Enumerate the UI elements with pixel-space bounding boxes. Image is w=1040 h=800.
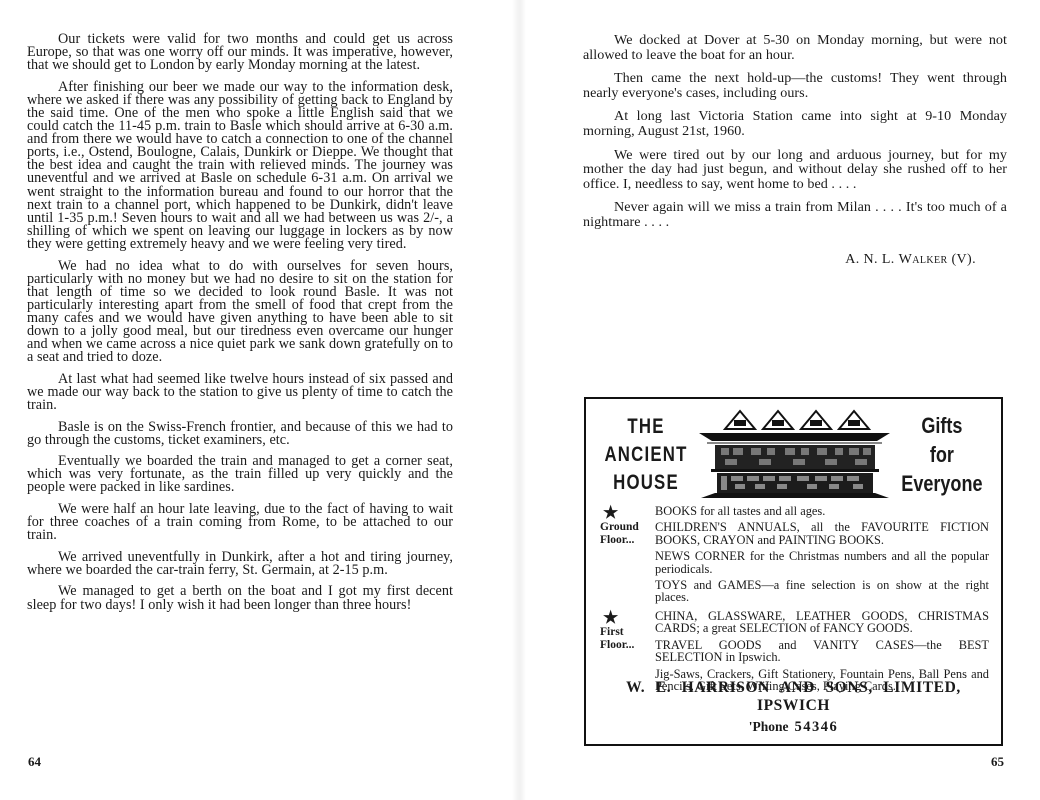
ancient-house-building-icon (697, 403, 892, 499)
floor-label-line: Floor... (600, 639, 650, 652)
ancient-house-advertisement: THE ANCIENT HOUSE (584, 397, 1003, 746)
author-surname: Walker (899, 252, 948, 267)
paragraph: Then came the next hold-up—the customs! … (583, 71, 1007, 100)
phone-label: 'Phone (749, 719, 789, 734)
left-page: Our tickets were valid for two months an… (27, 33, 453, 620)
paragraph: We had no idea what to do with ourselves… (27, 260, 453, 365)
ad-item: CHILDREN'S ANNUALS, all the FAVOURITE FI… (655, 521, 989, 546)
paragraph: Eventually we boarded the train and mana… (27, 455, 453, 494)
floor-label-line: First (600, 626, 650, 639)
star-icon: ★ (603, 505, 650, 521)
paragraph: We docked at Dover at 5-30 on Monday mor… (583, 33, 1007, 62)
phone-number: 54346 (795, 719, 839, 735)
paragraph: After finishing our beer we made our way… (27, 81, 453, 251)
paragraph: At long last Victoria Station came into … (583, 109, 1007, 138)
floor-label: ★ Ground Floor... (600, 505, 650, 546)
ad-item: BOOKS for all tastes and all ages. (655, 505, 989, 517)
ad-slogan-line: Everyone (897, 469, 987, 498)
ad-item: TOYS and GAMES—a fine selection is on sh… (655, 579, 989, 604)
star-icon: ★ (603, 610, 650, 626)
paragraph: Never again will we miss a train from Mi… (583, 200, 1007, 229)
author-signature: A. N. L. Walker (V). (583, 252, 1007, 268)
ad-title-line: HOUSE (598, 469, 694, 497)
ad-header: THE ANCIENT HOUSE (586, 399, 1001, 499)
company-name: W. E. HARRISON AND SONS, LIMITED, IPSWIC… (586, 679, 1001, 715)
paragraph: We were half an hour late leaving, due t… (27, 503, 453, 542)
page-number-left: 64 (28, 754, 41, 770)
paragraph: We arrived uneventfully in Dunkirk, afte… (27, 551, 453, 577)
book-gutter (512, 0, 526, 800)
right-page: We docked at Dover at 5-30 on Monday mor… (583, 33, 1007, 268)
ad-slogan: Gifts for Everyone (897, 411, 987, 498)
author-form: (V). (951, 252, 976, 267)
paragraph: At last what had seemed like twelve hour… (27, 373, 453, 412)
ad-title-line: ANCIENT (598, 441, 694, 469)
ad-title-line: THE (598, 413, 694, 441)
ad-title: THE ANCIENT HOUSE (598, 413, 694, 497)
ad-item: TRAVEL GOODS and VANITY CASES—the BEST S… (655, 639, 989, 664)
paragraph: We were tired out by our long and arduou… (583, 148, 1007, 192)
ad-item: CHINA, GLASSWARE, LEATHER GOODS, CHRISTM… (655, 610, 989, 635)
ad-slogan-line: for (897, 440, 987, 469)
page-number-right: 65 (991, 754, 1004, 770)
phone-line: 'Phone54346 (586, 719, 1001, 736)
paragraph: Basle is on the Swiss-French frontier, a… (27, 421, 453, 447)
floor-items: BOOKS for all tastes and all ages. CHILD… (655, 505, 989, 608)
paragraph: We managed to get a berth on the boat an… (27, 585, 453, 611)
ad-footer: W. E. HARRISON AND SONS, LIMITED, IPSWIC… (586, 679, 1001, 736)
ad-slogan-line: Gifts (897, 411, 987, 440)
floor-label-line: Ground (600, 521, 650, 534)
paragraph: Our tickets were valid for two months an… (27, 33, 453, 72)
author-initials: A. N. L. (845, 252, 894, 267)
floor-label-line: Floor... (600, 534, 650, 547)
ad-item: NEWS CORNER for the Christmas numbers an… (655, 550, 989, 575)
floor-label: ★ First Floor... (600, 610, 650, 651)
